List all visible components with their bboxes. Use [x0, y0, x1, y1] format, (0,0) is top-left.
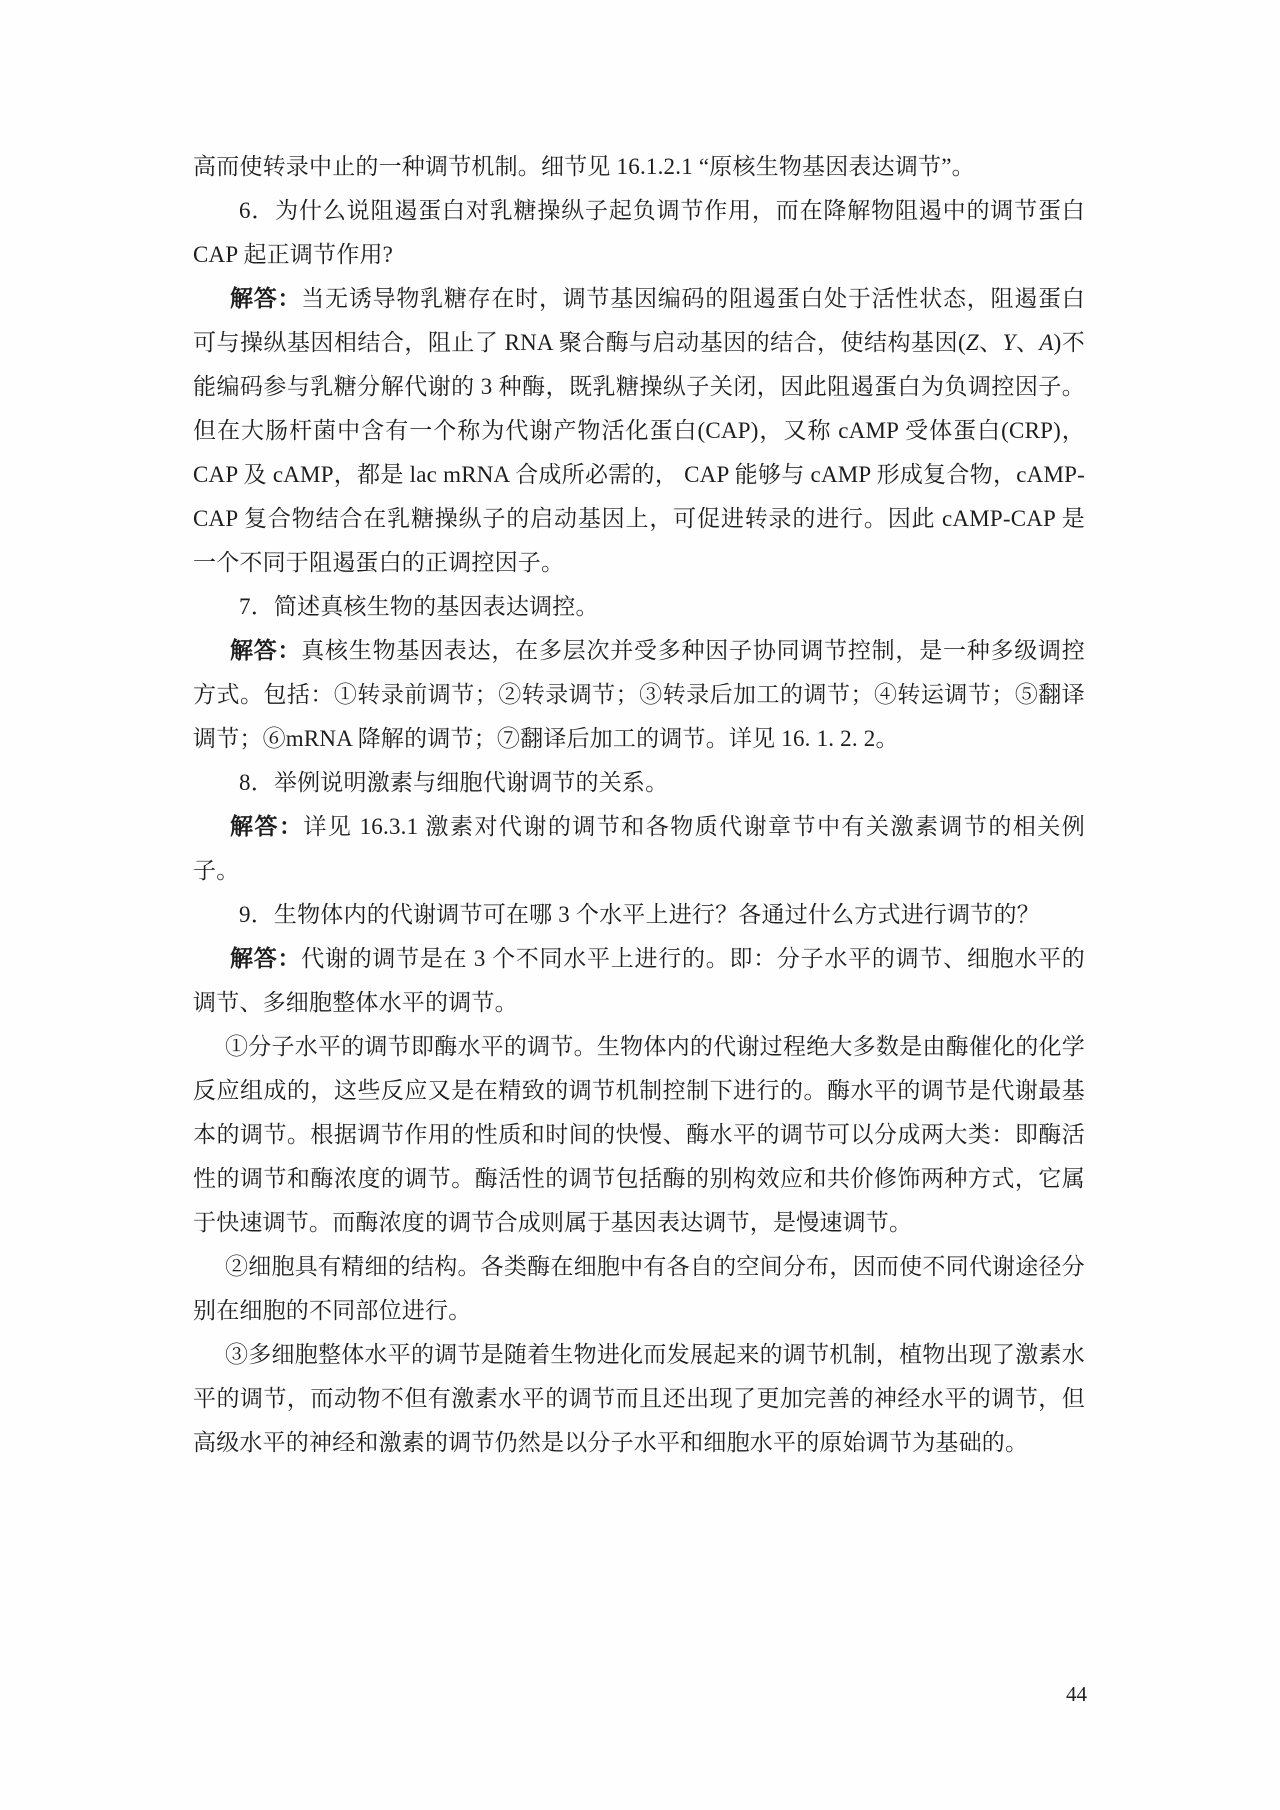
text-segment: A — [1039, 330, 1053, 355]
text-segment: 真核生物基因表达，在多层次并受多种因子协同调节控制，是一种多级调控方式。包括：①… — [193, 638, 1085, 751]
text-segment: 、 — [979, 330, 1003, 355]
text-segment: 、 — [1016, 330, 1040, 355]
text-segment: 高而使转录中止的一种调节机制。细节见 16.1.2.1 “原核生物基因表达调节”… — [193, 154, 975, 179]
text-segment: Y — [1003, 330, 1016, 355]
text-segment: 当无诱导物乳糖存在时，调节基因编码的阻遏蛋白处于活性状态，阻遏蛋白可与操纵基因相… — [193, 286, 1085, 355]
text-segment: 7．简述真核生物的基因表达调控。 — [239, 594, 599, 619]
paragraph: 解答：代谢的调节是在 3 个不同水平上进行的。即：分子水平的调节、细胞水平的调节… — [193, 937, 1085, 1025]
paragraph: 高而使转录中止的一种调节机制。细节见 16.1.2.1 “原核生物基因表达调节”… — [193, 145, 1085, 189]
paragraph: 7．简述真核生物的基因表达调控。 — [193, 585, 1085, 629]
paragraph: 8．举例说明激素与细胞代谢调节的关系。 — [193, 761, 1085, 805]
paragraph: 解答：真核生物基因表达，在多层次并受多种因子协同调节控制，是一种多级调控方式。包… — [193, 629, 1085, 761]
answer-label: 解答： — [230, 638, 301, 663]
text-segment: ②细胞具有精细的结构。各类酶在细胞中有各自的空间分布，因而使不同代谢途径分别在细… — [193, 1254, 1085, 1323]
text-body: 高而使转录中止的一种调节机制。细节见 16.1.2.1 “原核生物基因表达调节”… — [193, 145, 1085, 1465]
text-segment: )不能编码参与乳糖分解代谢的 3 种酶，既乳糖操纵子关闭，因此阻遏蛋白为负调控因… — [193, 330, 1085, 575]
text-segment: 代谢的调节是在 3 个不同水平上进行的。即：分子水平的调节、细胞水平的调节、多细… — [193, 946, 1085, 1015]
paragraph: ③多细胞整体水平的调节是随着生物进化而发展起来的调节机制，植物出现了激素水平的调… — [193, 1333, 1085, 1465]
answer-label: 解答： — [230, 814, 303, 839]
text-segment: ③多细胞整体水平的调节是随着生物进化而发展起来的调节机制，植物出现了激素水平的调… — [193, 1342, 1085, 1455]
answer-label: 解答： — [230, 946, 301, 971]
text-segment: 9．生物体内的代谢调节可在哪 3 个水平上进行？各通过什么方式进行调节的？ — [239, 902, 1040, 927]
text-segment: 8．举例说明激素与细胞代谢调节的关系。 — [239, 770, 668, 795]
paragraph: 解答：详见 16.3.1 激素对代谢的调节和各物质代谢章节中有关激素调节的相关例… — [193, 805, 1085, 893]
document-page: 高而使转录中止的一种调节机制。细节见 16.1.2.1 “原核生物基因表达调节”… — [0, 0, 1280, 1810]
paragraph: ①分子水平的调节即酶水平的调节。生物体内的代谢过程绝大多数是由酶催化的化学反应组… — [193, 1025, 1085, 1245]
answer-label: 解答： — [230, 286, 301, 311]
text-segment: 详见 16.3.1 激素对代谢的调节和各物质代谢章节中有关激素调节的相关例子。 — [193, 814, 1085, 883]
text-segment: 6．为什么说阻遏蛋白对乳糖操纵子起负调节作用，而在降解物阻遏中的调节蛋白 CAP… — [193, 198, 1085, 267]
text-segment: Z — [966, 330, 979, 355]
page-number: 44 — [1066, 1680, 1087, 1708]
paragraph: 6．为什么说阻遏蛋白对乳糖操纵子起负调节作用，而在降解物阻遏中的调节蛋白 CAP… — [193, 189, 1085, 277]
paragraph: 9．生物体内的代谢调节可在哪 3 个水平上进行？各通过什么方式进行调节的？ — [193, 893, 1085, 937]
paragraph: 解答：当无诱导物乳糖存在时，调节基因编码的阻遏蛋白处于活性状态，阻遏蛋白可与操纵… — [193, 277, 1085, 585]
paragraph: ②细胞具有精细的结构。各类酶在细胞中有各自的空间分布，因而使不同代谢途径分别在细… — [193, 1245, 1085, 1333]
text-segment: ①分子水平的调节即酶水平的调节。生物体内的代谢过程绝大多数是由酶催化的化学反应组… — [193, 1034, 1085, 1235]
